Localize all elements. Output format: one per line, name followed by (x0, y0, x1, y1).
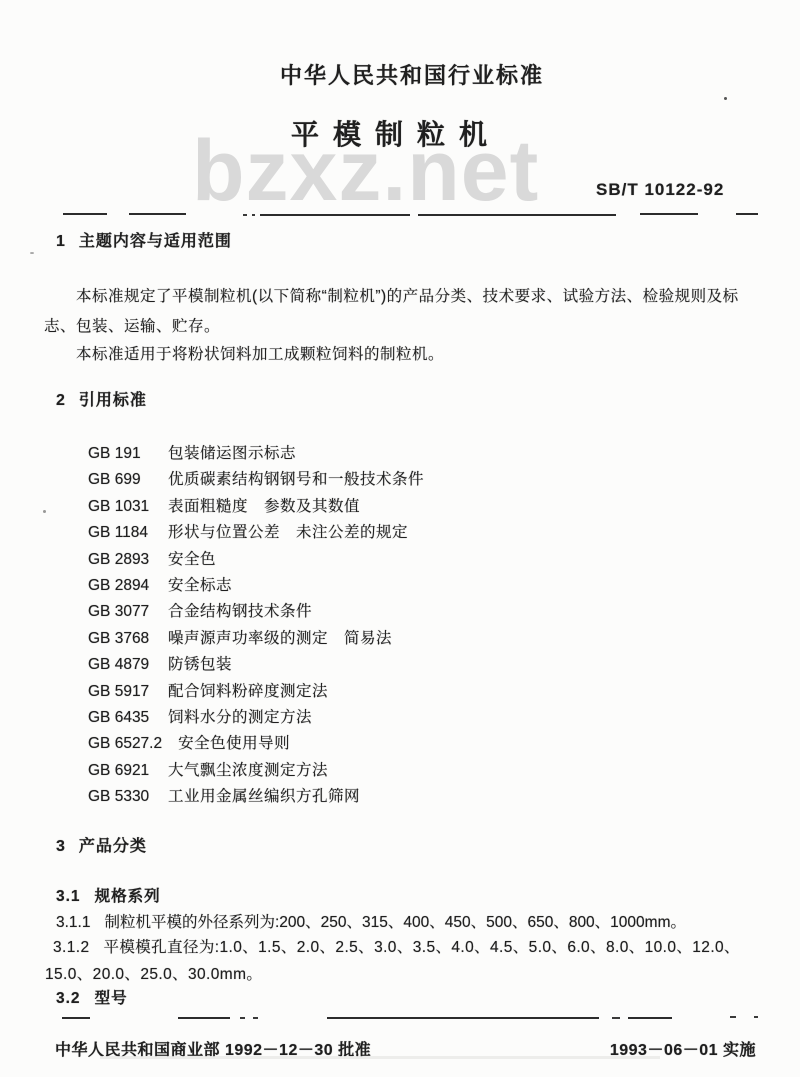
reference-item: GB 191包装储运图示标志 (88, 441, 424, 467)
reference-item: GB 1031表面粗糙度 参数及其数值 (88, 494, 424, 520)
clause-3-1-1: 3.1.1制粒机平模的外径系列为:200、250、315、400、450、500… (56, 910, 686, 932)
reference-item: GB 1184形状与位置公差 未注公差的规定 (88, 520, 424, 546)
clause-3-1-2: 3.1.2平模模孔直径为:1.0、1.5、2.0、2.5、3.0、3.5、4.0… (45, 934, 753, 988)
standard-code: GB 191 (88, 441, 152, 467)
clause-title: 规格系列 (95, 888, 161, 905)
standard-code: GB 699 (88, 467, 152, 493)
standard-number: SB/T 10122-92 (596, 180, 724, 200)
header-rule-segment (252, 214, 255, 216)
standard-title: 安全色 (168, 551, 216, 568)
footer-rule-segment (240, 1017, 245, 1019)
standard-title: 安全色使用导则 (178, 735, 290, 752)
clause-text: 平模模孔直径为:1.0、1.5、2.0、2.5、3.0、3.5、4.0、4.5、… (45, 939, 740, 983)
reference-standards-list: GB 191包装储运图示标志 GB 699优质碳素结构钢钢号和一般技术条件 GB… (88, 441, 424, 810)
reference-item: GB 699优质碳素结构钢钢号和一般技术条件 (88, 467, 424, 493)
standard-code: GB 2893 (88, 547, 152, 573)
standard-title: 噪声源声功率级的测定 简易法 (168, 630, 392, 647)
reference-item: GB 5330工业用金属丝编织方孔筛网 (88, 784, 424, 810)
reference-item: GB 6435饲料水分的测定方法 (88, 705, 424, 731)
scan-speck (30, 252, 34, 254)
footer-rule-segment (253, 1017, 258, 1019)
standard-title: 饲料水分的测定方法 (168, 709, 312, 726)
standard-code: GB 6921 (88, 758, 152, 784)
scan-smudge (100, 1056, 660, 1059)
reference-item: GB 5917配合饲料粉碎度测定法 (88, 679, 424, 705)
header-rule-segment (418, 214, 616, 216)
scope-paragraph-2: 本标准适用于将粉状饲料加工成颗粒饲料的制粒机。 (44, 340, 766, 370)
section-number: 3 (56, 838, 66, 855)
section-heading-references: 2引用标准 (56, 387, 147, 410)
reference-item: GB 2893安全色 (88, 547, 424, 573)
standard-code: GB 3768 (88, 626, 152, 652)
section-title: 产品分类 (79, 838, 147, 855)
standard-code: GB 2894 (88, 573, 152, 599)
standard-code: GB 1031 (88, 494, 152, 520)
document-title: 平模制粒机 (291, 113, 501, 153)
scan-speck (43, 510, 46, 513)
clause-3-1: 3.1规格系列 (56, 884, 161, 906)
header-rule-segment (736, 213, 758, 215)
footer-rule-segment (730, 1016, 736, 1018)
footer-rule-segment (62, 1017, 90, 1019)
footer-rule-segment (628, 1017, 672, 1019)
section-heading-scope: 1主题内容与适用范围 (56, 228, 232, 251)
footer-rule-segment (178, 1017, 230, 1019)
standard-code: GB 5330 (88, 784, 152, 810)
standard-code: GB 5917 (88, 679, 152, 705)
clause-3-2: 3.2型号 (56, 986, 128, 1008)
standard-title: 形状与位置公差 未注公差的规定 (168, 524, 408, 541)
footer-rule-segment (612, 1017, 620, 1019)
standard-title: 大气飘尘浓度测定方法 (168, 762, 328, 779)
header-rule-segment (129, 213, 186, 215)
section-heading-classification: 3产品分类 (56, 833, 147, 856)
header-rule-segment (63, 213, 107, 215)
scan-speck (724, 97, 727, 100)
standard-code: GB 1184 (88, 520, 152, 546)
standard-code: GB 6527.2 (88, 731, 162, 757)
standard-title: 安全标志 (168, 577, 232, 594)
section-title: 主题内容与适用范围 (79, 233, 232, 250)
clause-number: 3.1.1 (56, 914, 90, 931)
reference-item: GB 2894安全标志 (88, 573, 424, 599)
clause-text: 制粒机平模的外径系列为:200、250、315、400、450、500、650、… (104, 914, 686, 931)
standard-code: GB 6435 (88, 705, 152, 731)
clause-number: 3.1.2 (53, 939, 89, 956)
footer-rule-segment (327, 1017, 599, 1019)
clause-number: 3.1 (56, 888, 81, 905)
clause-number: 3.2 (56, 990, 81, 1007)
section-number: 1 (56, 233, 66, 250)
reference-item: GB 4879防锈包装 (88, 652, 424, 678)
standard-org-line: 中华人民共和国行业标准 (280, 59, 544, 90)
section-title: 引用标准 (79, 392, 147, 409)
clause-title: 型号 (95, 990, 128, 1007)
standard-code: GB 3077 (88, 599, 152, 625)
standard-title: 包装储运图示标志 (168, 445, 296, 462)
reference-item: GB 6527.2安全色使用导则 (88, 731, 424, 757)
header-rule-segment (243, 214, 247, 216)
standard-title: 表面粗糙度 参数及其数值 (168, 498, 360, 515)
reference-item: GB 6921大气飘尘浓度测定方法 (88, 758, 424, 784)
standard-code: GB 4879 (88, 652, 152, 678)
scope-paragraph-1: 本标准规定了平模制粒机(以下简称“制粒机”)的产品分类、技术要求、试验方法、检验… (44, 282, 766, 342)
standard-title: 防锈包装 (168, 656, 232, 673)
footer-rule-segment (754, 1016, 758, 1018)
standard-title: 配合饲料粉碎度测定法 (168, 683, 328, 700)
section-number: 2 (56, 392, 66, 409)
document-page: bzxz.net 中华人民共和国行业标准 平模制粒机 SB/T 10122-92… (0, 0, 800, 1077)
standard-title: 优质碳素结构钢钢号和一般技术条件 (168, 471, 424, 488)
standard-title: 工业用金属丝编织方孔筛网 (168, 788, 360, 805)
reference-item: GB 3077合金结构钢技术条件 (88, 599, 424, 625)
header-rule-segment (640, 213, 698, 215)
standard-title: 合金结构钢技术条件 (168, 603, 312, 620)
reference-item: GB 3768噪声源声功率级的测定 简易法 (88, 626, 424, 652)
header-rule-segment (260, 214, 410, 216)
